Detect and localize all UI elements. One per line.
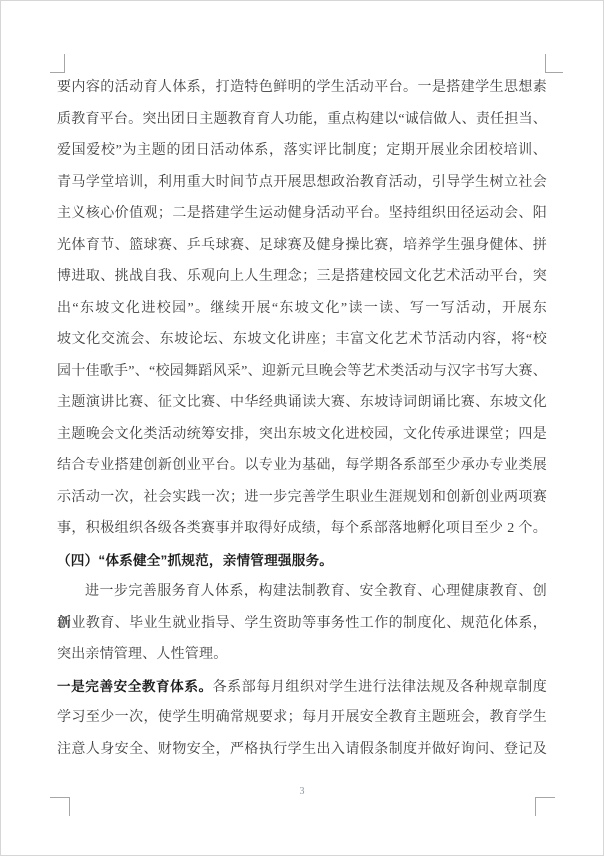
text-line: 主义核心价值观；二是搭建学生运动健身活动平台。坚持组织田径运动会、阳 (57, 198, 547, 230)
margin-crop-mark-bottom-left (50, 797, 70, 816)
text-line: 事，积极组织各级各类赛事并取得好成绩，每个系部落地孵化项目至少 2 个。 (57, 513, 547, 545)
document-page: { "page": { "number": "3" }, "content": … (0, 0, 604, 856)
text-line: 一是完善安全教育体系。各系部每月组织对学生进行法律法规及各种规章制度 (57, 671, 547, 703)
text-line: 示活动一次，社会实践一次；进一步完善学生职业生涯规划和创新创业两项赛 (57, 482, 547, 514)
body-text-segment: 主题演讲比赛、征文比赛、中华经典诵读大赛、东坡诗词朗诵比赛、东坡文化 (57, 395, 547, 410)
body-text-segment: 结合专业搭建创新创业平台。以专业为基础，每学期各系部至少承办专业类展 (57, 458, 547, 473)
text-line: 坡文化交流会、东坡论坛、东坡文化讲座；丰富文化艺术节活动内容，将“校 (57, 324, 547, 356)
body-text-segment: 示活动一次，社会实践一次；进一步完善学生职业生涯规划和创新创业两项赛 (57, 490, 547, 505)
text-line: 进一步完善服务育人体系，构建法制教育、安全教育、心理健康教育、创新 (57, 576, 547, 608)
body-text-segment: 事，积极组织各级各类赛事并取得好成绩，每个系部落地孵化项目至少 2 个。 (57, 521, 547, 536)
body-text-segment: 坡文化交流会、东坡论坛、东坡文化讲座；丰富文化艺术节活动内容，将“校 (57, 332, 547, 347)
body-text-segment: 主题晚会文化类活动统筹安排，突出东坡文化进校园，文化传承进课堂；四是 (57, 427, 547, 442)
text-line: 博进取、挑战自我、乐观向上人生理念；三是搭建校园文化艺术活动平台，突 (57, 261, 547, 293)
body-text-segment: 园十佳歌手”、“校园舞蹈风采”、迎新元旦晚会等艺术类活动与汉字书写大赛、 (57, 364, 547, 379)
body-text-segment: 注意人身安全、财物安全，严格执行学生出入请假条制度并做好询问、登记及 (57, 742, 547, 757)
text-line: 光体育节、篮球赛、乒乓球赛、足球赛及健身操比赛，培养学生强身健体、拼 (57, 230, 547, 262)
body-text-segment: 突出亲情管理、人性管理。 (57, 647, 227, 662)
bold-text-segment: 一是完善安全教育体系。 (57, 679, 213, 694)
body-text-segment: 质教育平台。突出团日主题教育育人功能，重点构建以“诚信做人、责任担当、 (57, 112, 547, 127)
text-line: 突出亲情管理、人性管理。 (57, 639, 547, 671)
text-line: 主题晚会文化类活动统筹安排，突出东坡文化进校园，文化传承进课堂；四是 (57, 419, 547, 451)
text-line: 要内容的活动育人体系，打造特色鲜明的学生活动平台。一是搭建学生思想素 (57, 72, 547, 104)
body-text-segment: 博进取、挑战自我、乐观向上人生理念；三是搭建校园文化艺术活动平台，突 (57, 269, 547, 284)
bold-text-segment: （四）“体系健全”抓规范，亲情管理强服务。 (57, 553, 333, 568)
text-line: 出“东坡文化进校园”。继续开展“东坡文化”读一读、写一写活动，开展东 (57, 293, 547, 325)
text-body: 要内容的活动育人体系，打造特色鲜明的学生活动平台。一是搭建学生思想素质教育平台。… (57, 72, 547, 765)
text-line: 结合专业搭建创新创业平台。以专业为基础，每学期各系部至少承办专业类展 (57, 450, 547, 482)
body-text-segment: 要内容的活动育人体系，打造特色鲜明的学生活动平台。一是搭建学生思想素 (57, 80, 547, 95)
text-line: 学习至少一次，使学生明确常规要求；每月开展安全教育主题班会，教育学生 (57, 702, 547, 734)
body-text-segment: 光体育节、篮球赛、乒乓球赛、足球赛及健身操比赛，培养学生强身健体、拼 (57, 238, 547, 253)
text-line: （四）“体系健全”抓规范，亲情管理强服务。 (57, 545, 547, 577)
body-text-segment: 青马学堂培训，利用重大时间节点开展思想政治教育活动，引导学生树立社会 (57, 175, 547, 190)
text-line: 创业教育、毕业生就业指导、学生资助等事务性工作的制度化、规范化体系， (57, 608, 547, 640)
margin-crop-mark-top-right (545, 54, 563, 73)
text-line: 青马学堂培训，利用重大时间节点开展思想政治教育活动，引导学生树立社会 (57, 167, 547, 199)
body-text-segment: 创业教育、毕业生就业指导、学生资助等事务性工作的制度化、规范化体系， (57, 616, 547, 631)
text-line: 园十佳歌手”、“校园舞蹈风采”、迎新元旦晚会等艺术类活动与汉字书写大赛、 (57, 356, 547, 388)
body-text-segment: 学习至少一次，使学生明确常规要求；每月开展安全教育主题班会，教育学生 (57, 710, 547, 725)
text-line: 质教育平台。突出团日主题教育育人功能，重点构建以“诚信做人、责任担当、 (57, 104, 547, 136)
margin-crop-mark-top-left (50, 54, 65, 73)
text-line: 爱国爱校”为主题的团日活动体系，落实评比制度；定期开展业余团校培训、 (57, 135, 547, 167)
body-text-segment: 主义核心价值观；二是搭建学生运动健身活动平台。坚持组织田径运动会、阳 (57, 206, 547, 221)
page-number: 3 (0, 786, 604, 797)
text-line: 注意人身安全、财物安全，严格执行学生出入请假条制度并做好询问、登记及 (57, 734, 547, 766)
margin-crop-mark-bottom-right (535, 797, 555, 816)
body-text-segment: 出“东坡文化进校园”。继续开展“东坡文化”读一读、写一写活动，开展东 (57, 301, 547, 316)
text-line: 主题演讲比赛、征文比赛、中华经典诵读大赛、东坡诗词朗诵比赛、东坡文化 (57, 387, 547, 419)
body-text-segment: 爱国爱校”为主题的团日活动体系，落实评比制度；定期开展业余团校培训、 (57, 143, 547, 158)
body-text-segment: 各系部每月组织对学生进行法律法规及各种规章制度 (213, 680, 547, 695)
